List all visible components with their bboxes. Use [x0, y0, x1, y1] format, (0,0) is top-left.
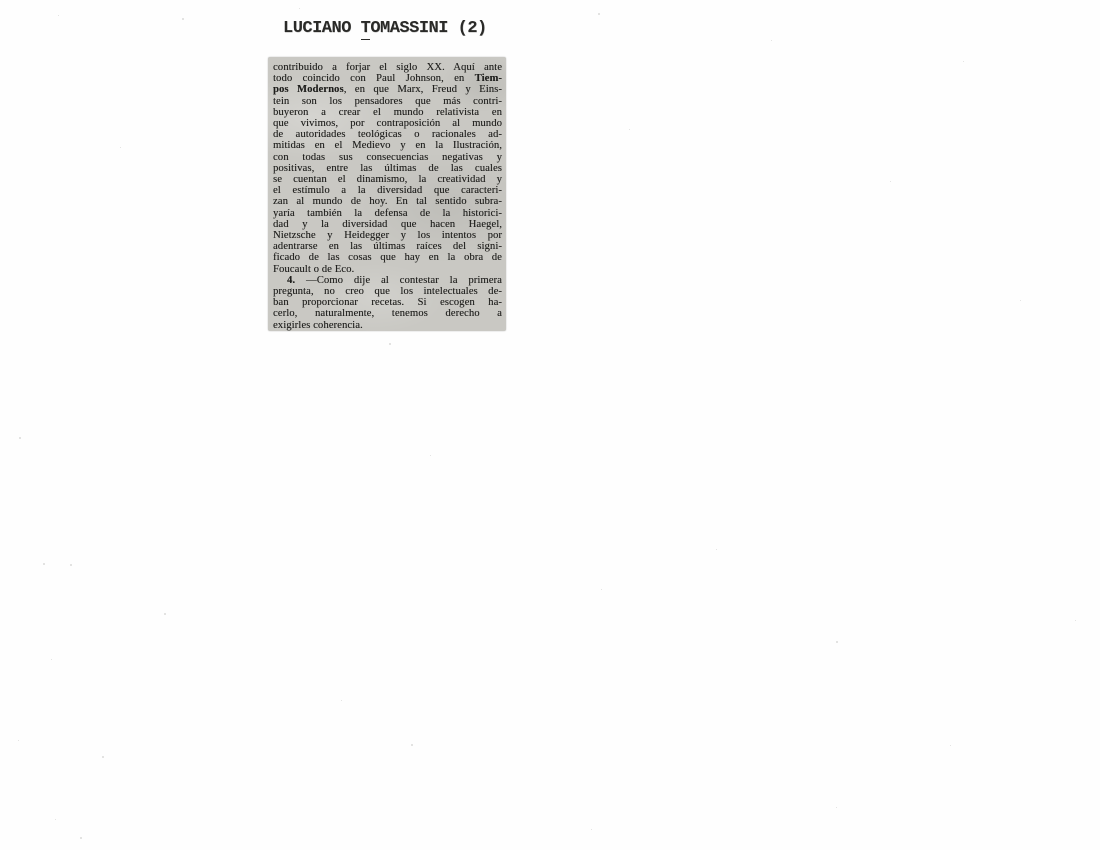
clipping-text-line: exigirles coherencia.	[273, 320, 502, 331]
clipping-text: mitidas en el Medievo y en la Ilustració…	[273, 140, 502, 151]
clipping-text-line: ban proporcionar recetas. Si escogen ha-	[273, 297, 502, 308]
scan-speck	[598, 13, 600, 15]
clipping-text: —Como dije al contestar la primera	[295, 275, 502, 286]
scan-speck	[771, 40, 772, 41]
clipping-text-line: dad y la diversidad que hacen Haegel,	[273, 219, 502, 230]
scan-speck	[1020, 300, 1021, 301]
scan-speck	[629, 129, 630, 130]
header-underlined-letter: T	[361, 19, 371, 40]
clipping-text-line: mitidas en el Medievo y en la Ilustració…	[273, 140, 502, 151]
clipping-bold-text: pos Modernos	[273, 84, 344, 95]
scan-speck	[18, 740, 19, 741]
scan-speck	[120, 147, 121, 148]
scan-speck	[963, 61, 964, 62]
scan-speck	[341, 700, 342, 701]
scan-speck	[601, 589, 602, 590]
scan-speck	[43, 563, 45, 565]
clipping-bold-text: 4.	[287, 275, 295, 286]
clipping-text-line: de autoridades teológicas o racionales a…	[273, 129, 502, 140]
scan-speck	[411, 744, 413, 746]
clipping-text-line: cerlo, naturalmente, tenemos derecho a	[273, 308, 502, 319]
clipping-text: Nietzsche y Heidegger y los intentos por	[273, 230, 502, 241]
header-text-post: OMASSINI (2)	[370, 19, 486, 38]
clipping-text-line: todo coincido con Paul Johnson, en Tiem-	[273, 73, 502, 84]
scan-speck	[389, 343, 391, 345]
scan-speck	[58, 15, 59, 16]
clipping-text-line: Foucault o de Eco.	[273, 264, 502, 275]
scan-speck	[591, 829, 592, 830]
scan-speck	[51, 659, 52, 660]
clipping-text-line: Nietzsche y Heidegger y los intentos por	[273, 230, 502, 241]
scan-speck	[80, 837, 82, 839]
clipping-text-line: zan al mundo de hoy. En tal sentido subr…	[273, 196, 502, 207]
clipping-text-line: que vivimos, por contraposición al mundo	[273, 118, 502, 129]
clipping-text-line: con todas sus consecuencias negativas y	[273, 152, 502, 163]
clipping-text: positivas, entre las últimas de las cual…	[273, 163, 502, 174]
scan-speck	[19, 437, 21, 439]
clipping-text: yaría también la defensa de la historici…	[273, 208, 502, 219]
clipping-text: pregunta, no creo que los intelectuales …	[273, 286, 502, 297]
clipping-text: zan al mundo de hoy. En tal sentido subr…	[273, 196, 502, 207]
clipping-text: dad y la diversidad que hacen Haegel,	[273, 219, 502, 230]
clipping-text-line: tein son los pensadores que más contri-	[273, 96, 502, 107]
scan-speck	[430, 455, 431, 456]
clipping-text: ban proporcionar recetas. Si escogen ha-	[273, 297, 502, 308]
clipping-text: todo coincido con Paul Johnson, en	[273, 73, 475, 84]
clipping-text: , en que Marx, Freud y Eins-	[344, 84, 502, 95]
clipping-text-line: pregunta, no creo que los intelectuales …	[273, 286, 502, 297]
clipping-text: exigirles coherencia.	[273, 320, 363, 331]
clipping-text-line: el estímulo a la diversidad que caracter…	[273, 185, 502, 196]
clipping-text-line: yaría también la defensa de la historici…	[273, 208, 502, 219]
scan-speck	[1075, 620, 1076, 621]
clipping-text: buyeron a crear el mundo relativista en	[273, 107, 502, 118]
clipping-text: que vivimos, por contraposición al mundo	[273, 118, 502, 129]
scan-speck	[299, 8, 300, 9]
scan-speck	[55, 819, 56, 820]
scan-speck	[836, 641, 838, 643]
newspaper-clipping: contribuido a forjar el siglo XX. Aquí a…	[268, 57, 506, 331]
clipping-text-line: ficado de las cosas que hay en la obra d…	[273, 252, 502, 263]
clipping-text: Foucault o de Eco.	[273, 264, 354, 275]
clipping-text: con todas sus consecuencias negativas y	[273, 152, 502, 163]
clipping-text: el estímulo a la diversidad que caracter…	[273, 185, 502, 196]
scanned-page: LUCIANO TOMASSINI (2) contribuido a forj…	[0, 0, 1100, 850]
scan-speck	[102, 756, 104, 758]
scan-speck	[70, 564, 72, 566]
clipping-text: adentrarse en las últimas raíces del sig…	[273, 241, 502, 252]
scan-speck	[716, 549, 717, 550]
scan-speck	[890, 181, 891, 182]
scan-speck	[950, 745, 951, 746]
header-text-pre: LUCIANO	[283, 19, 361, 38]
clipping-text: se cuentan el dinamismo, la creatividad …	[273, 174, 502, 185]
page-title: LUCIANO TOMASSINI (2)	[283, 19, 487, 38]
clipping-text: cerlo, naturalmente, tenemos derecho a	[273, 308, 502, 319]
scan-speck	[182, 18, 184, 20]
clipping-text: tein son los pensadores que más contri-	[273, 96, 502, 107]
scan-speck	[164, 613, 166, 615]
clipping-text-line: pos Modernos, en que Marx, Freud y Eins-	[273, 84, 502, 95]
clipping-text-line: positivas, entre las últimas de las cual…	[273, 163, 502, 174]
scan-speck	[836, 807, 837, 808]
clipping-text-line: se cuentan el dinamismo, la creatividad …	[273, 174, 502, 185]
clipping-text-line: adentrarse en las últimas raíces del sig…	[273, 241, 502, 252]
clipping-text-line: 4. —Como dije al contestar la primera	[273, 275, 502, 286]
clipping-text: de autoridades teológicas o racionales a…	[273, 129, 502, 140]
clipping-bold-text: Tiem-	[475, 73, 502, 84]
clipping-text: contribuido a forjar el siglo XX. Aquí a…	[273, 62, 502, 73]
clipping-text: ficado de las cosas que hay en la obra d…	[273, 252, 502, 263]
clipping-text-line: contribuido a forjar el siglo XX. Aquí a…	[273, 62, 502, 73]
clipping-text-line: buyeron a crear el mundo relativista en	[273, 107, 502, 118]
